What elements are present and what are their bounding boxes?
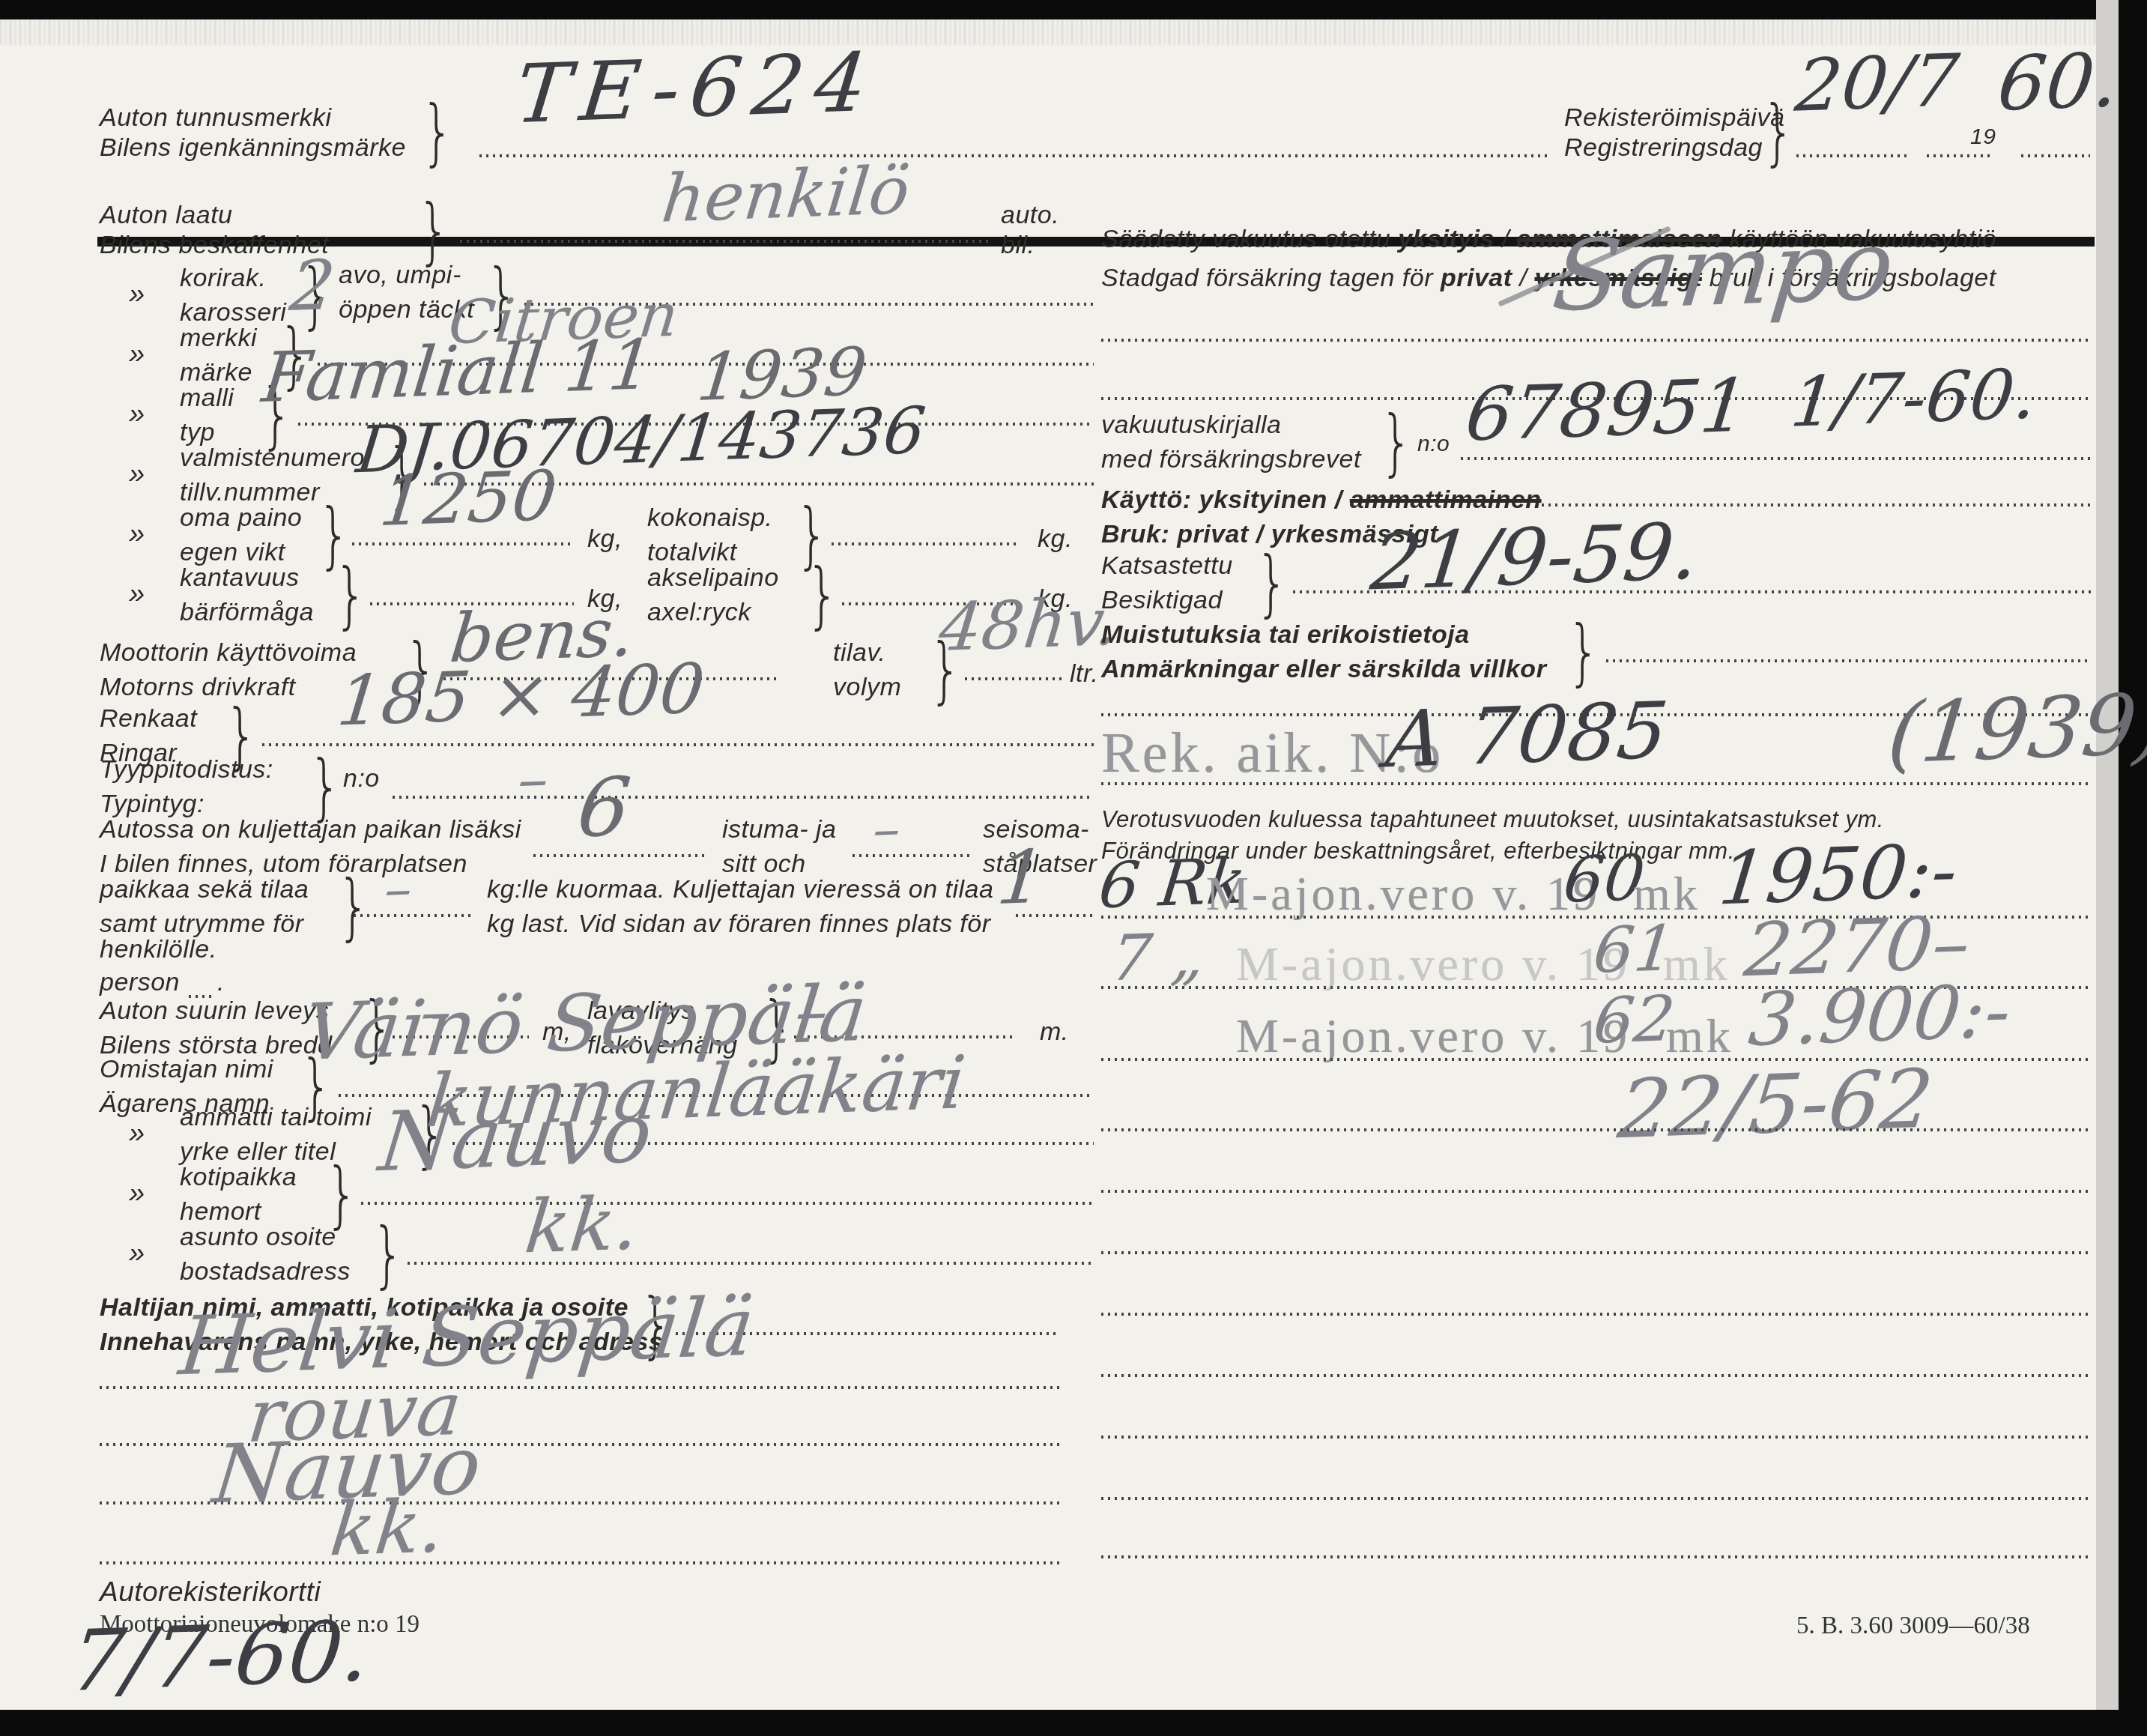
dotted-line: [965, 677, 1064, 680]
scan-edge-right: [2119, 0, 2147, 1736]
rek-aik-year-value: (1939): [1885, 685, 2147, 774]
policy-number-value: 678951: [1462, 372, 1751, 451]
brace-glyph: }: [421, 96, 454, 168]
label-merkki-sv: märke: [180, 360, 252, 385]
label-kayttovoima-sv: Motorns drivkraft: [100, 674, 296, 700]
label-kotipaikka-fi: kotipaikka: [180, 1164, 297, 1190]
korirak-value: 2: [287, 252, 338, 319]
label-asunto-sv: bostadsadress: [180, 1259, 351, 1284]
renkaat-value: 185 × 400: [334, 656, 707, 734]
dotted-line: [1101, 1128, 2092, 1131]
label-kuorma-text-fi: kg:lle kuormaa. Kuljettajan vieressä on …: [487, 877, 993, 902]
chevron-glyph: »: [129, 1239, 145, 1268]
label-reg-mark-sv: Bilens igenkänningsmärke: [100, 135, 406, 160]
brace-glyph: }: [1256, 547, 1288, 619]
chevron-glyph: »: [129, 280, 145, 309]
haltija-address: kk.: [327, 1492, 447, 1565]
label-kokonaisp-sv: totalvikt: [647, 539, 737, 565]
dotted-line: [361, 1202, 1094, 1205]
dotted-line: [352, 542, 574, 545]
insurance-private-sv: privat: [1441, 264, 1512, 292]
usage-line-fi: Käyttö: yksityinen / ammattimainen: [1101, 486, 1542, 515]
label-remarks-fi: Muistutuksia tai erikoistietoja: [1101, 622, 1470, 647]
label-reg-date-sv: Registreringsdag: [1564, 135, 1763, 160]
label-henkilolle-sv: person: [100, 970, 180, 995]
label-korirak-opt-fi: avo, umpi-: [339, 262, 461, 288]
print-code: 5. B. 3.60 3009—60/38: [1796, 1612, 2030, 1640]
usage-fi-pre: Käyttö: yksityinen /: [1101, 486, 1350, 514]
label-henkilolle-fi: henkilölle.: [100, 937, 217, 962]
dotted-line: [1606, 659, 2092, 662]
label-remarks-sv: Anmärkningar eller särskilda villkor: [1101, 656, 1546, 682]
brace-glyph: }: [1567, 616, 1600, 688]
label-valmnro-fi: valmistenumero: [180, 445, 365, 471]
tax-mk-label: mk: [1666, 1008, 1733, 1064]
insurance-line-sv-pre: Stadgad försäkring tagen för: [1101, 264, 1441, 292]
reg-date-year: 60.: [1995, 44, 2122, 119]
laatu-value: henkilö: [659, 159, 912, 230]
policy-date-value: 1/7-60.: [1788, 361, 2040, 435]
dotted-line: [1927, 154, 1994, 157]
dotted-line: [853, 854, 971, 857]
label-kotipaikka-sv: hemort: [180, 1199, 261, 1224]
tax-amount-value: 3.900:-: [1745, 977, 2014, 1056]
card-right-edge: [2096, 0, 2120, 1736]
dotted-line: [354, 914, 472, 917]
malli-value: Famliall 11: [259, 332, 656, 411]
tax-stamp-text: M-ajon.vero v. 19: [1236, 1008, 1630, 1064]
dotted-line: [408, 1262, 1094, 1265]
label-kuorma-text-sv: kg last. Vid sidan av föraren finnes pla…: [487, 911, 991, 937]
label-laatu-unit-sv: bil.: [1001, 232, 1035, 258]
reg-date-century: 19: [1970, 126, 1996, 148]
label-inspected-fi: Katsastettu: [1101, 553, 1233, 578]
dotted-line: [100, 1386, 1060, 1389]
label-valmnro-sv: tillv.nummer: [180, 480, 320, 505]
label-omapaino-unit1: kg,: [587, 526, 623, 551]
tax-stamp-text: M-ajon.vero v. 19: [1236, 937, 1630, 992]
dotted-line: [100, 1501, 1060, 1504]
kuorma-value: –: [382, 862, 414, 915]
haltija-name: Helvi Seppälä: [176, 1289, 757, 1386]
label-tilav-sv: volym: [833, 674, 901, 700]
label-omapaino-fi: oma paino: [180, 505, 302, 530]
dotted-line: [1101, 1497, 2092, 1500]
brace-glyph: }: [417, 195, 450, 267]
insurance-line-fi-pre: Säädetty vakuutus otettu: [1101, 225, 1398, 253]
label-istuimet-fi: Autossa on kuljettajan paikan lisäksi: [100, 817, 521, 842]
tax-year-value: 62: [1591, 989, 1678, 1051]
card-title: Autorekisterikortti: [100, 1578, 321, 1606]
label-laatu-fi: Auton laatu: [100, 202, 233, 228]
asunto-value: kk.: [522, 1189, 642, 1262]
insurance-private-fi: yksityis: [1398, 225, 1495, 253]
label-kayttovoima-fi: Moottorin käyttövoima: [100, 640, 357, 665]
label-ammatti-sv: yrke eller titel: [180, 1139, 336, 1164]
chevron-glyph: »: [129, 1119, 145, 1148]
footer-hand-date: 7/7-60.: [67, 1612, 374, 1702]
istuimet-stand-value: –: [870, 802, 903, 855]
tilav-value: 48hv.: [936, 590, 1121, 659]
chevron-glyph: »: [129, 340, 145, 369]
label-taxyear-fi: Verotusvuoden kuluessa tapahtuneet muuto…: [1101, 808, 1884, 831]
label-inspected-sv: Besiktigad: [1101, 587, 1223, 613]
dotted-line: [1101, 1374, 2092, 1377]
label-tyyppitodistus-sv: Typintyg:: [100, 791, 205, 817]
registration-card: Auton tunnusmerkki Bilens igenkänningsmä…: [0, 0, 2147, 1736]
label-leveys-sv: Bilens största bredd: [100, 1032, 333, 1058]
label-merkki-fi: merkki: [180, 325, 257, 351]
label-kuorma-fi: paikkaa sekä tilaa: [100, 877, 309, 902]
reg-mark-value: TE-624: [512, 45, 881, 134]
dotted-line: [1101, 1436, 2092, 1439]
chevron-glyph: »: [129, 460, 145, 489]
usage-professional-fi-struck: ammattimainen: [1350, 486, 1542, 514]
label-policy-no: n:o: [1417, 433, 1450, 456]
label-tilav-fi: tilav.: [833, 640, 885, 665]
brace-glyph: }: [325, 1158, 358, 1230]
label-renkaat-fi: Renkaat: [100, 706, 197, 731]
dotted-line: [1101, 1190, 2092, 1193]
label-policy-sv: med försäkringsbrevet: [1101, 447, 1361, 472]
reg-date-day-month: 20/7: [1793, 46, 1962, 121]
kuorma-side-value: 1: [994, 843, 1048, 914]
brace-glyph: }: [334, 559, 367, 631]
dotted-line: [1101, 1251, 2092, 1254]
label-omapaino-unit2: kg.: [1038, 526, 1073, 551]
label-kantavuus-fi: kantavuus: [180, 565, 300, 590]
dotted-line: [1461, 457, 2092, 460]
brace-glyph: }: [1380, 406, 1413, 478]
label-akselipaino-sv: axel:ryck: [647, 599, 751, 625]
inspected-date-value: 21/9-59.: [1368, 514, 1702, 599]
dotted-line: [832, 542, 1019, 545]
label-leveys-unit2: m.: [1040, 1019, 1069, 1044]
label-tyyppitodistus-no: n:o: [343, 766, 380, 791]
tax-note-date: 22/5-62: [1615, 1062, 1936, 1149]
dotted-line: [479, 154, 1551, 157]
omapaino-value: 1250: [377, 463, 560, 535]
tyyppitodistus-value: –: [515, 750, 551, 808]
label-kuorma-sv: samt utrymme för: [100, 911, 303, 937]
dotted-line: [393, 796, 1094, 799]
dotted-line: [533, 854, 704, 857]
dotted-line: [1101, 782, 2092, 785]
label-reg-mark-fi: Auton tunnusmerkki: [100, 105, 332, 130]
label-korirak-fi: korirak.: [180, 265, 266, 291]
chevron-glyph: »: [129, 520, 145, 548]
kotipaikka-value: Nauvo: [376, 1094, 656, 1182]
brace-glyph: }: [309, 751, 342, 823]
label-kokonaisp-fi: kokonaisp.: [647, 505, 773, 530]
label-ammatti-fi: ammatti tai toimi: [180, 1104, 372, 1130]
dotted-line: [1101, 339, 2092, 342]
label-henkilolle-period: .: [217, 970, 225, 995]
label-istuma-sv: sitt och: [722, 851, 806, 877]
insurance-company-value: Sampo: [1549, 219, 1898, 323]
label-omistaja-fi: Omistajan nimi: [100, 1056, 273, 1082]
label-malli-sv: typ: [180, 420, 215, 445]
scan-edge-top: [0, 0, 2147, 19]
label-malli-fi: malli: [180, 385, 234, 411]
dotted-line: [1796, 154, 1909, 157]
brace-glyph: }: [1762, 96, 1795, 168]
scan-edge-bottom: [0, 1710, 2147, 1736]
chevron-glyph: »: [129, 580, 145, 608]
label-asunto-fi: asunto osoite: [180, 1224, 336, 1250]
label-tyyppitodistus-fi: Tyyppitodistus:: [100, 757, 273, 782]
chevron-glyph: »: [129, 400, 145, 429]
istuimet-seats-value: 6: [574, 769, 634, 848]
tax-row-hand-prefix: 7 „: [1109, 926, 1208, 989]
tax-stamp-text: M-ajon.vero v. 19: [1206, 866, 1600, 922]
dotted-line: [1101, 1058, 2092, 1061]
dotted-line: [1016, 914, 1094, 917]
label-istuma-fi: istuma- ja: [722, 817, 836, 842]
label-kayttovoima-unit: ltr.: [1070, 661, 1099, 686]
scan-noise: [0, 19, 2147, 45]
dotted-line: [460, 240, 989, 243]
dotted-line: [1542, 503, 2092, 506]
label-akselipaino-fi: akselipaino: [647, 565, 779, 590]
label-kantavuus-sv: bärförmåga: [180, 599, 314, 625]
label-laatu-unit-fi: auto.: [1001, 202, 1059, 228]
label-leveys-fi: Auton suurin leveys: [100, 998, 329, 1023]
brace-glyph: }: [337, 871, 370, 943]
separator-slash: /: [1495, 225, 1517, 253]
label-policy-fi: vakuutuskirjalla: [1101, 412, 1281, 438]
dotted-line: [262, 743, 1094, 746]
dotted-line: [2021, 154, 2090, 157]
label-omapaino-sv: egen vikt: [180, 539, 285, 565]
dotted-line: [1101, 1313, 2092, 1316]
dotted-line: [1101, 1555, 2092, 1558]
chevron-glyph: »: [129, 1179, 145, 1208]
dotted-line: [100, 1561, 1060, 1564]
label-korirak-sv: karosseri: [180, 300, 286, 325]
label-reg-date-fi: Rekisteröimispäivä: [1564, 105, 1784, 130]
rek-aik-value: A 7085: [1383, 694, 1671, 778]
brace-glyph: }: [372, 1218, 405, 1290]
brace-glyph: }: [806, 559, 839, 631]
